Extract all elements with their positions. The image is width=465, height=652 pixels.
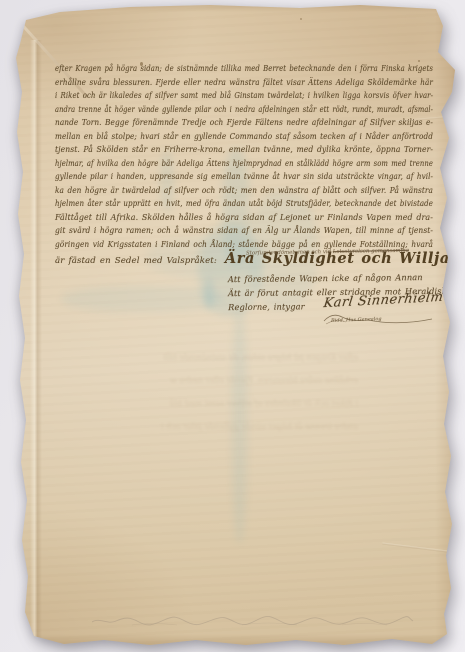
- manuscript-body: efter Kragen på högra sidan; de sistnämn…: [55, 63, 433, 269]
- showthrough-line: andra trenne åt höger vände gyllende pil…: [128, 415, 358, 438]
- bleedthrough-stain: [62, 286, 224, 312]
- ink-speck: [300, 18, 302, 20]
- manuscript-line: hjelmar, af hvilka den högre bär Adeliga…: [55, 158, 433, 172]
- manuscript-lines: efter Kragen på högra sidan; de sistnämn…: [55, 63, 433, 252]
- bleedthrough-stain: [205, 278, 213, 310]
- showthrough-line: efter Kragen på högra sidan; de sistnämn…: [128, 346, 358, 369]
- pencil-annotation: [92, 613, 414, 633]
- motto-line-prefix: är fästad en Sedel med Valspråket:: [55, 256, 217, 266]
- manuscript-line: Fälttåget till Afrika. Skölden hålles å …: [55, 212, 433, 226]
- paper-shadow: efter Kragen på högra sidan; de sistnämn…: [0, 0, 465, 652]
- manuscript-line: ka den högre är twärdelad af silfver och…: [55, 185, 433, 199]
- torn-edge-bottom: [0, 634, 465, 652]
- photograph-background: efter Kragen på högra sidan; de sistnämn…: [0, 0, 465, 652]
- manuscript-line: hjelmen åter står upprätt en hvit, med ö…: [55, 198, 433, 212]
- showthrough-text: efter Kragen på högra sidan; de sistnämn…: [128, 346, 358, 438]
- manuscript-line: erhållne svåra blessuren. Fjerde eller n…: [55, 77, 433, 91]
- crease-line: [382, 543, 465, 556]
- manuscript-line: mellan en blå stolpe; hvari står en gyll…: [55, 131, 433, 145]
- torn-edge-top: [0, 0, 465, 12]
- manuscript-line: git svärd i högra ramen; och å wänstra s…: [55, 225, 433, 239]
- manuscript-page: efter Kragen på högra sidan; de sistnämn…: [0, 0, 465, 652]
- manuscript-line: tjenst. På Skölden står en Friherre-kron…: [55, 144, 433, 158]
- showthrough-line: i Riket och är likaledes af silfver samt…: [128, 392, 358, 415]
- torn-edge-left: [0, 0, 16, 652]
- ink-speck: [418, 60, 420, 62]
- torn-edge-right: [435, 0, 465, 652]
- fold-crease-left: [30, 40, 42, 652]
- manuscript-line: gyllende pilar i handen, uppresande sig …: [55, 171, 433, 185]
- manuscript-line: nande Torn. Begge förenämnde Tredje och …: [55, 117, 433, 131]
- showthrough-line: erhållne svåra blessuren. Fjerde eller n…: [128, 369, 358, 392]
- manuscript-line: efter Kragen på högra sidan; de sistnämn…: [55, 63, 433, 77]
- manuscript-line: i Riket och är likaledes af silfver samt…: [55, 90, 433, 104]
- manuscript-line: andra trenne åt höger vände gyllende pil…: [55, 104, 433, 118]
